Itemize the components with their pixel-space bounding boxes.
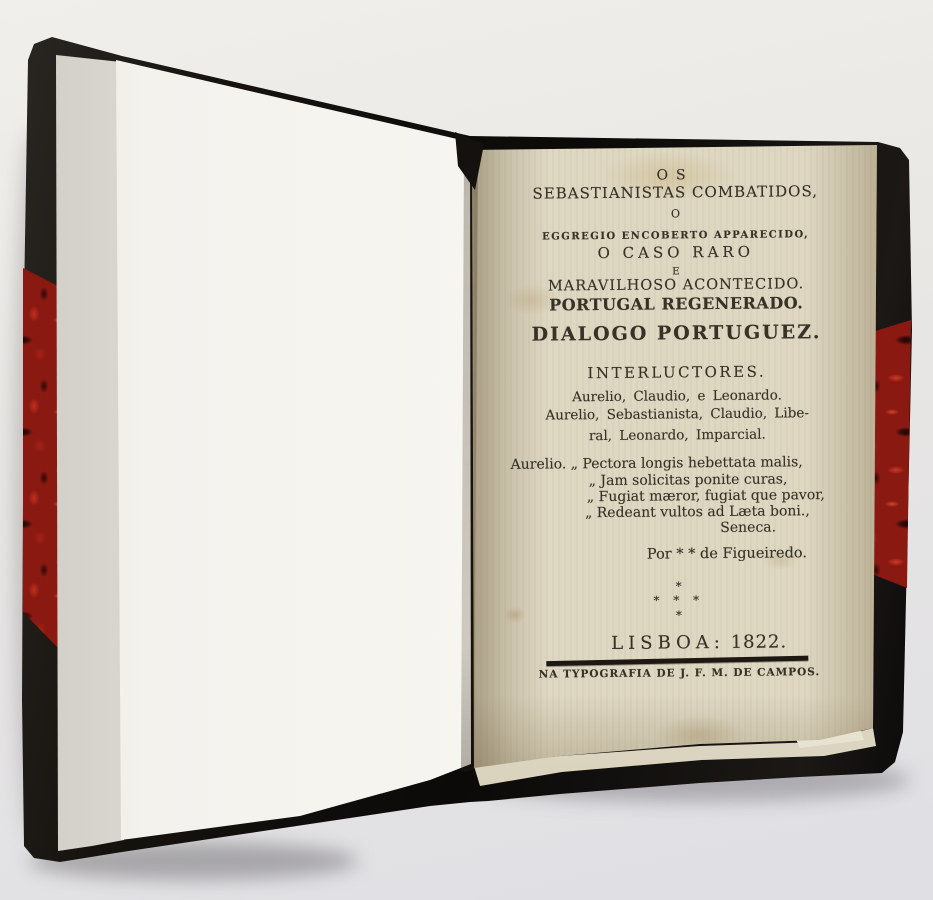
imprint-city-year: LISBOA: 1822. [501,632,897,654]
interlocutors-line-2: Aurelio, Sebastianista, Claudio, Libe- [479,406,875,424]
title-page-text: OS SEBASTIANISTAS COMBATIDOS, O EGGREGIO… [470,143,886,787]
epigraph-line-2: „ Jam solicitas ponite curas, [589,472,788,488]
imprint-city: LISBOA: [611,632,725,654]
title-line-caso-raro: O CASO RARO [478,244,874,263]
imprint-printer: NA TYPOGRAFIA DE J. F. M. DE CAMPOS. [481,667,877,681]
title-line-sebastianistas: SEBASTIANISTAS COMBATIDOS, [477,184,873,203]
epigraph-attribution: Seneca. [673,520,823,536]
imprint-year: 1822. [731,631,788,652]
imprint-rule [546,656,808,666]
epigraph-line-3: „ Fugiat mæror, fugiat que pavor, [587,488,825,505]
title-line-portugal: PORTUGAL REGENERADO. [478,295,874,315]
epigraph-line-4: „ Redeant vultos ad Læta boni., [585,504,810,521]
ornament-row-3: * [481,608,877,624]
epigraph-line-1: Aurelio. „ Pectora longis hebettata mali… [511,455,803,472]
title-line-dialogo: DIALOGO PORTUGUEZ. [478,323,874,346]
interlocutors-heading: INTERLUCTORES. [479,364,875,383]
interlocutors-line-1: Aurelio, Claudio, e Leonardo. [479,388,875,406]
interlocutors-line-3: ral, Leonardo, Imparcial. [479,427,875,445]
ornament-row-2: * * * [481,593,877,609]
title-line-maravilhoso: MARAVILHOSO ACONTECIDO. [478,277,874,296]
book-photograph: OS SEBASTIANISTAS COMBATIDOS, O EGGREGIO… [0,0,933,900]
byline: Por * * de Figueiredo. [573,546,880,564]
title-line-eggregio: EGGREGIO ENCOBERTO APPARECIDO, [478,230,874,244]
title-line-o: O [477,207,873,222]
